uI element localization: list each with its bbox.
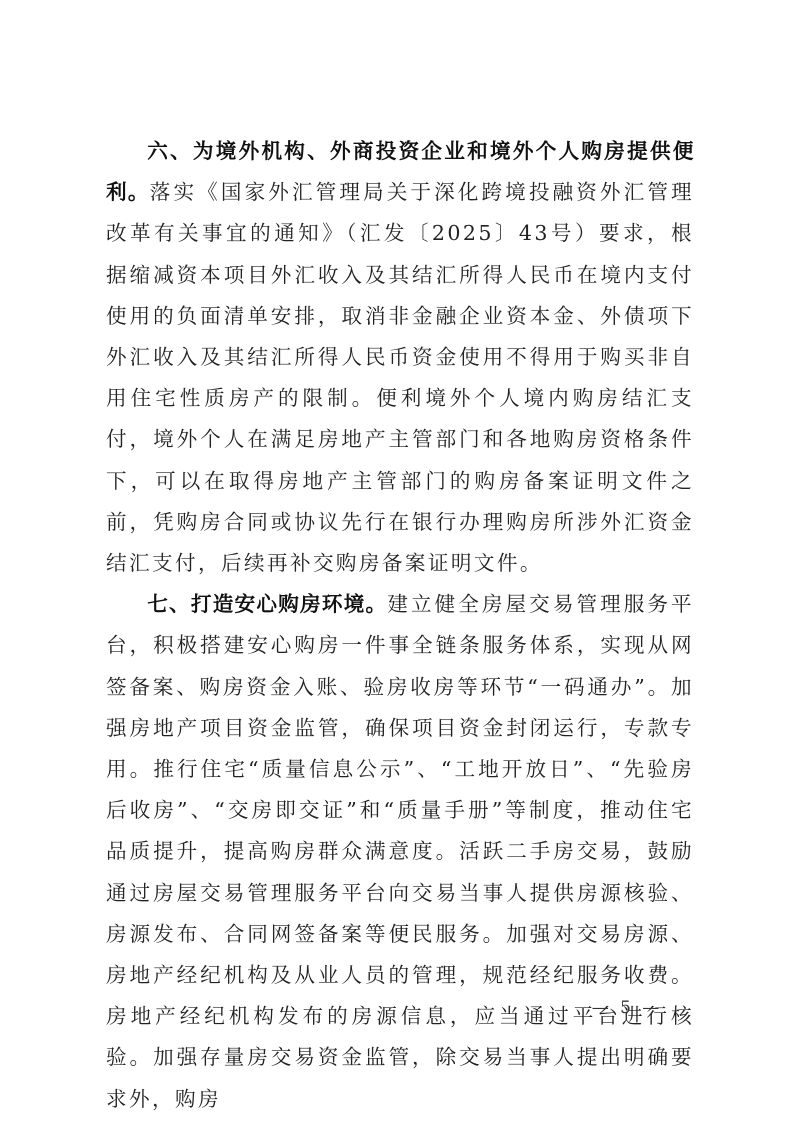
section-seven-body: 建立健全房屋交易管理服务平台，积极搭建安心购房一件事全链条服务体系，实现从网签备…	[106, 592, 694, 1110]
section-seven-paragraph: 七、打造安心购房环境。建立健全房屋交易管理服务平台，积极搭建安心购房一件事全链条…	[106, 584, 694, 1120]
section-six-paragraph: 六、为境外机构、外商投资企业和境外个人购房提供便利。落实《国家外汇管理局关于深化…	[106, 131, 694, 584]
page-number: — 5 —	[588, 998, 666, 1018]
section-six-body: 落实《国家外汇管理局关于深化跨境投融资外汇管理改革有关事宜的通知》（汇发〔202…	[106, 180, 694, 575]
section-seven-heading: 七、打造安心购房环境。	[147, 592, 387, 616]
document-page: 六、为境外机构、外商投资企业和境外个人购房提供便利。落实《国家外汇管理局关于深化…	[106, 131, 694, 1120]
